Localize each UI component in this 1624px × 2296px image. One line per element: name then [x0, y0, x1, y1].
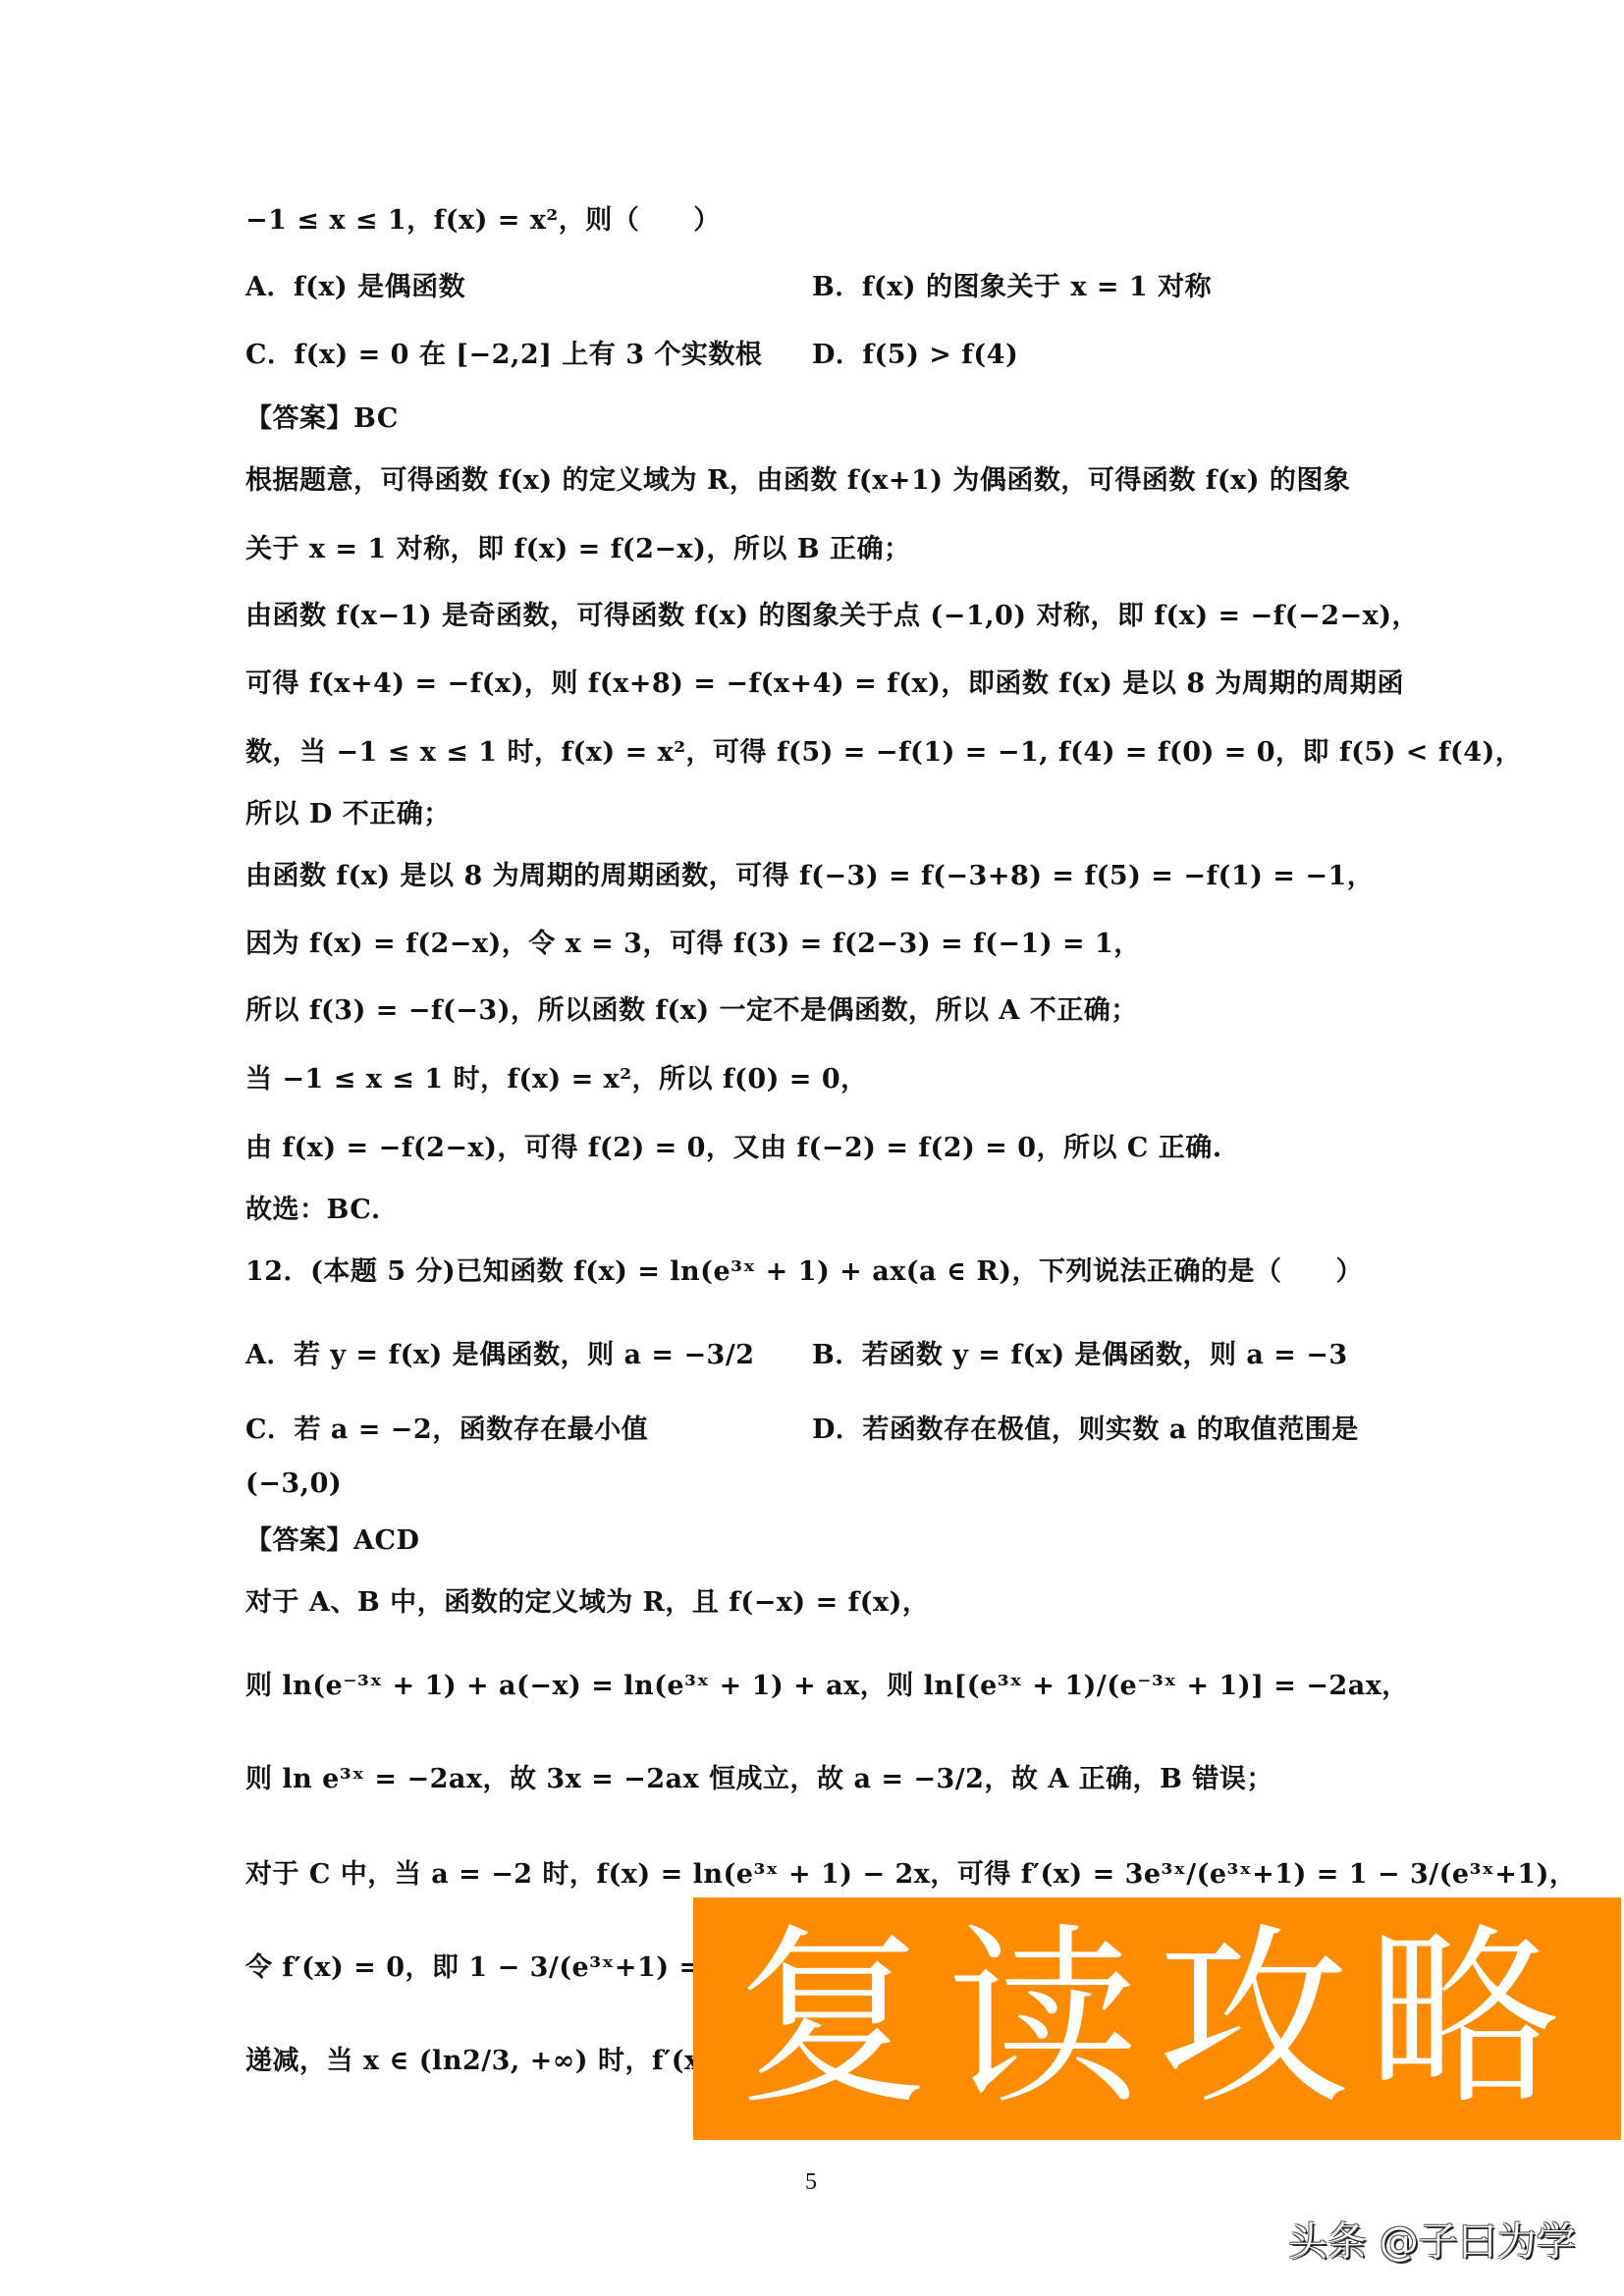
text-line: 则 ln(e⁻³ˣ + 1) + a(−x) = ln(e³ˣ + 1) + a…	[245, 1667, 1409, 1706]
conclusion-line: 故选：BC.	[245, 1191, 381, 1230]
watermark: 头条 @子曰为学	[1288, 2211, 1576, 2267]
text-line: 所以 D 不正确；	[245, 795, 451, 834]
text-line: 数，当 −1 ≤ x ≤ 1 时，f(x) = x²，可得 f(5) = −f(…	[245, 733, 1522, 773]
text-line: −1 ≤ x ≤ 1，f(x) = x²，则（ ）	[245, 201, 721, 240]
text-line: 对于 A、B 中，函数的定义域为 R，且 f(−x) = f(x)，	[245, 1583, 929, 1623]
answer-label: 【答案】ACD	[245, 1522, 419, 1561]
option-c: C．f(x) = 0 在 [−2,2] 上有 3 个实数根	[245, 336, 762, 375]
question-12-stem: 12．(本题 5 分)已知函数 f(x) = ln(e³ˣ + 1) + ax(…	[245, 1253, 1363, 1292]
q12-option-d-continued: (−3,0)	[245, 1465, 342, 1504]
banner-text: 复读攻略	[736, 1923, 1577, 2115]
text-line: 可得 f(x+4) = −f(x)，则 f(x+8) = −f(x+4) = f…	[245, 665, 1404, 704]
text-line: 由函数 f(x−1) 是奇函数，可得函数 f(x) 的图象关于点 (−1,0) …	[245, 597, 1419, 636]
q12-option-d: D．若函数存在极值，则实数 a 的取值范围是	[812, 1411, 1359, 1450]
option-a: A．f(x) 是偶函数	[245, 268, 465, 307]
option-d: D．f(5) > f(4)	[812, 336, 1018, 375]
q12-option-b: B．若函数 y = f(x) 是偶函数，则 a = −3	[812, 1336, 1348, 1375]
text-line: 关于 x = 1 对称，即 f(x) = f(2−x)，所以 B 正确；	[245, 530, 910, 569]
promo-banner: 复读攻略	[693, 1897, 1621, 2140]
page-number: 5	[805, 2169, 817, 2196]
option-b: B．f(x) 的图象关于 x = 1 对称	[812, 268, 1212, 307]
q12-option-a: A．若 y = f(x) 是偶函数，则 a = −3/2	[245, 1336, 755, 1375]
answer-label: 【答案】BC	[245, 400, 399, 439]
q12-option-c: C．若 a = −2，函数存在最小值	[245, 1411, 648, 1450]
text-line: 因为 f(x) = f(2−x)，令 x = 3，可得 f(3) = f(2−3…	[245, 925, 1141, 964]
text-line: 由函数 f(x) 是以 8 为周期的周期函数，可得 f(−3) = f(−3+8…	[245, 857, 1374, 896]
text-line: 由 f(x) = −f(2−x)，可得 f(2) = 0，又由 f(−2) = …	[245, 1129, 1222, 1168]
text-line: 当 −1 ≤ x ≤ 1 时，f(x) = x²，所以 f(0) = 0，	[245, 1060, 868, 1099]
text-line: 对于 C 中，当 a = −2 时，f(x) = ln(e³ˣ + 1) − 2…	[245, 1855, 1576, 1895]
text-line: 所以 f(3) = −f(−3)，所以函数 f(x) 一定不是偶函数，所以 A …	[245, 991, 1138, 1031]
text-line: 则 ln e³ˣ = −2ax，故 3x = −2ax 恒成立，故 a = −3…	[245, 1760, 1273, 1799]
text-line: 根据题意，可得函数 f(x) 的定义域为 R，由函数 f(x+1) 为偶函数，可…	[245, 461, 1350, 501]
